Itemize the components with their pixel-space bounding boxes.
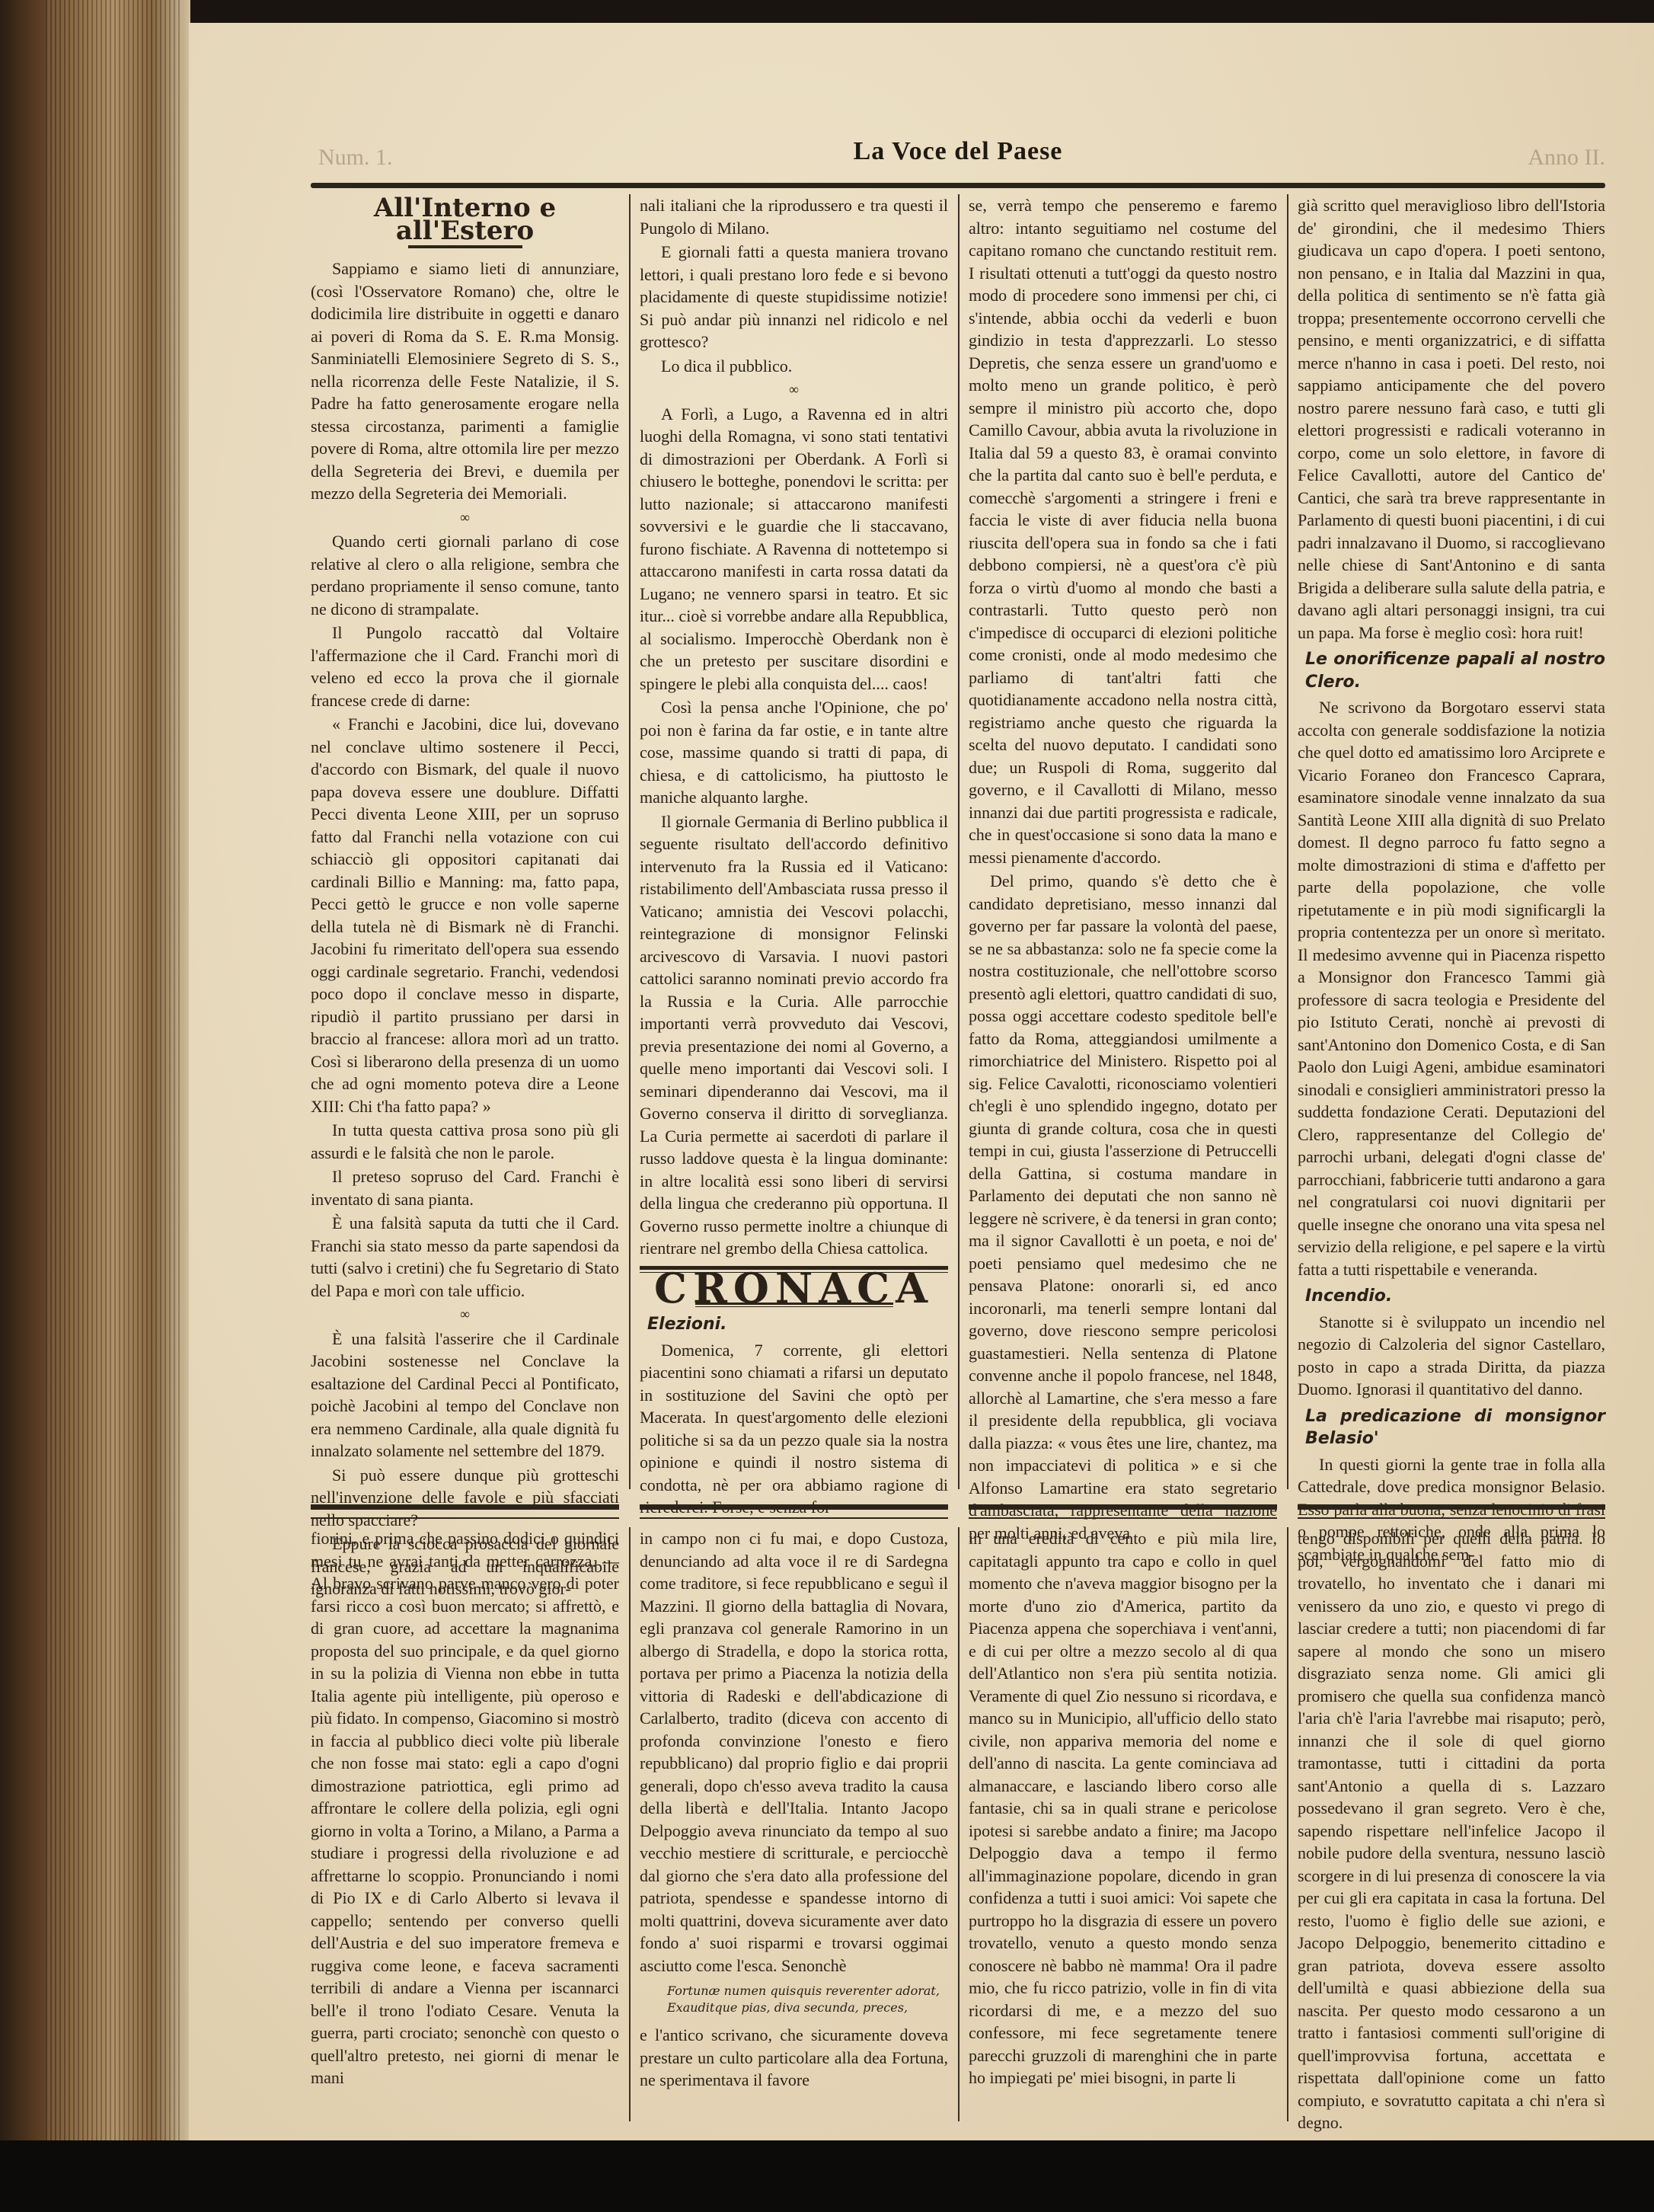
paragraph: Si può essere dunque più grotteschi nell…: [311, 1464, 619, 1532]
paragraph: Il Pungolo raccattò dal Voltaire l'affer…: [311, 622, 619, 711]
paragraph: Lo dica il pubblico.: [640, 355, 948, 378]
column-3: se, verrà tempo che penseremo e faremo a…: [969, 194, 1277, 1546]
column-divider: [958, 1527, 960, 2121]
paragraph: Ne scrivono da Borgotaro esservi stata a…: [1298, 696, 1605, 1280]
paragraph: Quando certi giornali parlano di cose re…: [311, 530, 619, 620]
paragraph: fiorini, e prima che passino dodici o qu…: [311, 1527, 619, 2089]
subheading-onorificenze: Le onorificenze papali al nostro Clero.: [1305, 648, 1605, 693]
latin-quote: Fortunæ numen quisquis reverenter adorat…: [667, 1983, 948, 2016]
paragraph: Così la pensa anche l'Opinione, che po' …: [640, 696, 948, 809]
year-bleed: Anno II.: [1528, 145, 1605, 171]
paragraph: tengo disponibili per quelli della patri…: [1298, 1527, 1605, 2134]
scan-bottom-edge: [0, 2140, 1654, 2212]
cronaca-heading: CRONACA: [640, 1277, 948, 1300]
paragraph: Domenica, 7 corrente, gli elettori piace…: [640, 1339, 948, 1519]
paragraph: È una falsità saputa da tutti che il Car…: [311, 1212, 619, 1302]
feuilleton-column-1: fiorini, e prima che passino dodici o qu…: [311, 1527, 619, 2091]
newspaper-page: Num. 1. La Voce del Paese Anno II. All'I…: [189, 23, 1654, 2140]
paragraph: già scritto quel meraviglioso libro dell…: [1298, 194, 1605, 644]
masthead-rule: [311, 183, 1605, 188]
paragraph: e l'antico scrivano, che sicuramente dov…: [640, 2024, 948, 2092]
fleuron-divider: ∞: [640, 379, 948, 401]
paragraph: Del primo, quando s'è detto che è candid…: [969, 870, 1277, 1544]
heading-rule: [408, 245, 522, 248]
column-4: già scritto quel meraviglioso libro dell…: [1298, 194, 1605, 1567]
paragraph: « Franchi e Jacobini, dice lui, dovevano…: [311, 713, 619, 1117]
feuilleton-column-3: in una eredità di cento e più mila lire,…: [969, 1527, 1277, 2091]
column-divider: [629, 194, 631, 1489]
page-edges: [46, 0, 183, 2212]
column-divider: [629, 1527, 631, 2121]
newspaper-title: La Voce del Paese: [311, 137, 1605, 166]
column-2: nali italiani che la riprodussero e tra …: [640, 194, 948, 1520]
paragraph: È una falsità l'asserire che il Cardinal…: [311, 1328, 619, 1462]
paragraph: Il preteso sopruso del Card. Franchi è i…: [311, 1165, 619, 1210]
masthead: Num. 1. La Voce del Paese Anno II.: [311, 137, 1605, 183]
paragraph: in campo non ci fu mai, e dopo Custoza, …: [640, 1527, 948, 1977]
feuilleton-rule: [311, 1504, 619, 1519]
paragraph: E giornali fatti a questa maniera trovan…: [640, 241, 948, 353]
subheading-predicazione: La predicazione di monsignor Belasio': [1305, 1405, 1605, 1450]
column-divider: [1287, 1527, 1288, 2121]
paragraph: Sappiamo e siamo lieti di annunziare, (c…: [311, 257, 619, 505]
paragraph: nali italiani che la riprodussero e tra …: [640, 194, 948, 239]
subheading-incendio: Incendio.: [1305, 1285, 1605, 1308]
feuilleton-rule: [640, 1504, 948, 1519]
column-1: All'Interno e all'Estero Sappiamo e siam…: [311, 194, 619, 1602]
subheading-elezioni: Elezioni.: [647, 1313, 948, 1336]
column-divider: [958, 194, 960, 1489]
latin-line: Exauditque pias, diva secunda, preces,: [667, 1999, 948, 2016]
paragraph: Il giornale Germania di Berlino pubblica…: [640, 810, 948, 1260]
paragraph: Stanotte si è sviluppato un incendio nel…: [1298, 1311, 1605, 1401]
feuilleton-rule: [969, 1504, 1277, 1519]
fleuron-divider: ∞: [311, 507, 619, 529]
feuilleton-column-4: tengo disponibili per quelli della patri…: [1298, 1527, 1605, 2158]
paragraph: in una eredità di cento e più mila lire,…: [969, 1527, 1277, 2089]
book-spine: [0, 0, 190, 2212]
paragraph: In tutta questa cattiva prosa sono più g…: [311, 1119, 619, 1164]
fleuron-divider: ∞: [311, 1303, 619, 1326]
column-divider: [1287, 194, 1288, 1489]
section-heading-interno-estero: All'Interno e all'Estero: [311, 197, 619, 242]
feuilleton-rule: [1298, 1504, 1605, 1519]
paragraph: se, verrà tempo che penseremo e faremo a…: [969, 194, 1277, 868]
paragraph: A Forlì, a Lugo, a Ravenna ed in altri l…: [640, 403, 948, 695]
latin-line: Fortunæ numen quisquis reverenter adorat…: [667, 1983, 948, 1999]
feuilleton-column-2: in campo non ci fu mai, e dopo Custoza, …: [640, 1527, 948, 2093]
